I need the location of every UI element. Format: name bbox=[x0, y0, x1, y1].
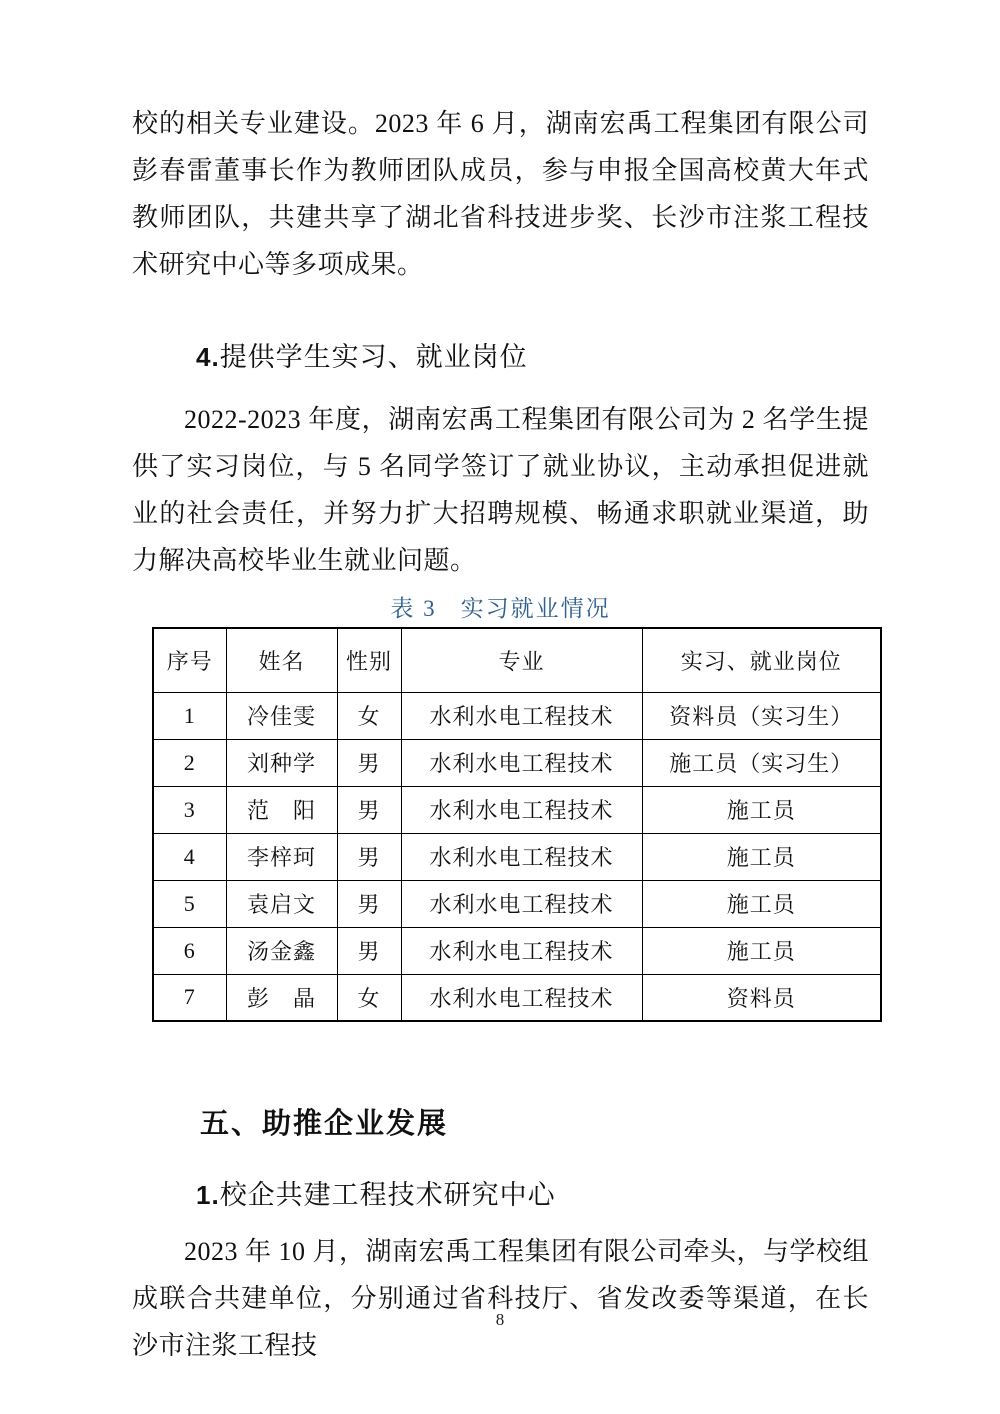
cell-name: 冷佳雯 bbox=[226, 692, 337, 739]
cell-name: 汤金鑫 bbox=[226, 927, 337, 974]
cell-job: 资料员（实习生） bbox=[642, 692, 881, 739]
table-caption: 表 3实习就业情况 bbox=[132, 594, 869, 624]
cell-no: 4 bbox=[153, 833, 226, 880]
cell-sex: 男 bbox=[337, 739, 401, 786]
document-page: 校的相关专业建设。2023 年 6 月，湖南宏禹工程集团有限公司彭春雷董事长作为… bbox=[0, 0, 1000, 1369]
table-row: 4 李梓珂 男 水利水电工程技术 施工员 bbox=[153, 833, 881, 880]
cell-sex: 女 bbox=[337, 974, 401, 1021]
cell-sex: 男 bbox=[337, 786, 401, 833]
cell-job: 施工员 bbox=[642, 880, 881, 927]
cell-sex: 男 bbox=[337, 927, 401, 974]
table-row: 1 冷佳雯 女 水利水电工程技术 资料员（实习生） bbox=[153, 692, 881, 739]
cell-major: 水利水电工程技术 bbox=[401, 739, 642, 786]
cell-major: 水利水电工程技术 bbox=[401, 833, 642, 880]
paragraph-research-center: 2023 年 10 月，湖南宏禹工程集团有限公司牵头，与学校组成联合共建单位，分… bbox=[132, 1228, 869, 1369]
cell-major: 水利水电工程技术 bbox=[401, 927, 642, 974]
cell-major: 水利水电工程技术 bbox=[401, 974, 642, 1021]
cell-no: 6 bbox=[153, 927, 226, 974]
heading-section-4-title: 提供学生实习、就业岗位 bbox=[220, 342, 528, 372]
table-header-cell-job: 实习、就业岗位 bbox=[642, 628, 881, 692]
heading-section-5-1-number: 1. bbox=[196, 1180, 220, 1210]
cell-sex: 女 bbox=[337, 692, 401, 739]
table-header-cell-name: 姓名 bbox=[226, 628, 337, 692]
table-header-cell-no: 序号 bbox=[153, 628, 226, 692]
table-row: 7 彭 晶 女 水利水电工程技术 资料员 bbox=[153, 974, 881, 1021]
table-body: 1 冷佳雯 女 水利水电工程技术 资料员（实习生） 2 刘种学 男 水利水电工程… bbox=[153, 692, 881, 1021]
cell-job: 施工员 bbox=[642, 927, 881, 974]
cell-name: 范 阳 bbox=[226, 786, 337, 833]
table-row: 6 汤金鑫 男 水利水电工程技术 施工员 bbox=[153, 927, 881, 974]
cell-job: 资料员 bbox=[642, 974, 881, 1021]
cell-no: 7 bbox=[153, 974, 226, 1021]
cell-sex: 男 bbox=[337, 833, 401, 880]
table-header-row: 序号 姓名 性别 专业 实习、就业岗位 bbox=[153, 628, 881, 692]
table-row: 5 袁启文 男 水利水电工程技术 施工员 bbox=[153, 880, 881, 927]
page-number: 8 bbox=[0, 1310, 1000, 1330]
cell-major: 水利水电工程技术 bbox=[401, 786, 642, 833]
cell-major: 水利水电工程技术 bbox=[401, 880, 642, 927]
table-caption-label: 表 3 bbox=[390, 596, 436, 621]
cell-name: 李梓珂 bbox=[226, 833, 337, 880]
cell-job: 施工员（实习生） bbox=[642, 739, 881, 786]
table-caption-title: 实习就业情况 bbox=[461, 596, 611, 621]
table-header: 序号 姓名 性别 专业 实习、就业岗位 bbox=[153, 628, 881, 692]
table-header-cell-major: 专业 bbox=[401, 628, 642, 692]
heading-section-5-1-title: 校企共建工程技术研究中心 bbox=[220, 1180, 556, 1210]
cell-major: 水利水电工程技术 bbox=[401, 692, 642, 739]
table-header-cell-sex: 性别 bbox=[337, 628, 401, 692]
heading-section-4-number: 4. bbox=[196, 342, 220, 372]
cell-job: 施工员 bbox=[642, 786, 881, 833]
cell-no: 1 bbox=[153, 692, 226, 739]
document-body: { "page": { "number": "8" }, "paragraphs… bbox=[0, 0, 1000, 1414]
cell-name: 袁启文 bbox=[226, 880, 337, 927]
cell-no: 5 bbox=[153, 880, 226, 927]
cell-name: 刘种学 bbox=[226, 739, 337, 786]
cell-no: 3 bbox=[153, 786, 226, 833]
paragraph-continued: 校的相关专业建设。2023 年 6 月，湖南宏禹工程集团有限公司彭春雷董事长作为… bbox=[132, 100, 869, 288]
heading-section-5: 五、助推企业发展 bbox=[200, 1104, 869, 1144]
internship-table: 序号 姓名 性别 专业 实习、就业岗位 1 冷佳雯 女 水利水电工程技术 资料员… bbox=[152, 627, 882, 1022]
cell-job: 施工员 bbox=[642, 833, 881, 880]
cell-sex: 男 bbox=[337, 880, 401, 927]
table-row: 2 刘种学 男 水利水电工程技术 施工员（实习生） bbox=[153, 739, 881, 786]
heading-section-5-1: 1.校企共建工程技术研究中心 bbox=[196, 1178, 869, 1212]
cell-name: 彭 晶 bbox=[226, 974, 337, 1021]
heading-section-4: 4.提供学生实习、就业岗位 bbox=[196, 340, 869, 374]
paragraph-internship: 2022-2023 年度，湖南宏禹工程集团有限公司为 2 名学生提供了实习岗位，… bbox=[132, 396, 869, 584]
cell-no: 2 bbox=[153, 739, 226, 786]
table-row: 3 范 阳 男 水利水电工程技术 施工员 bbox=[153, 786, 881, 833]
